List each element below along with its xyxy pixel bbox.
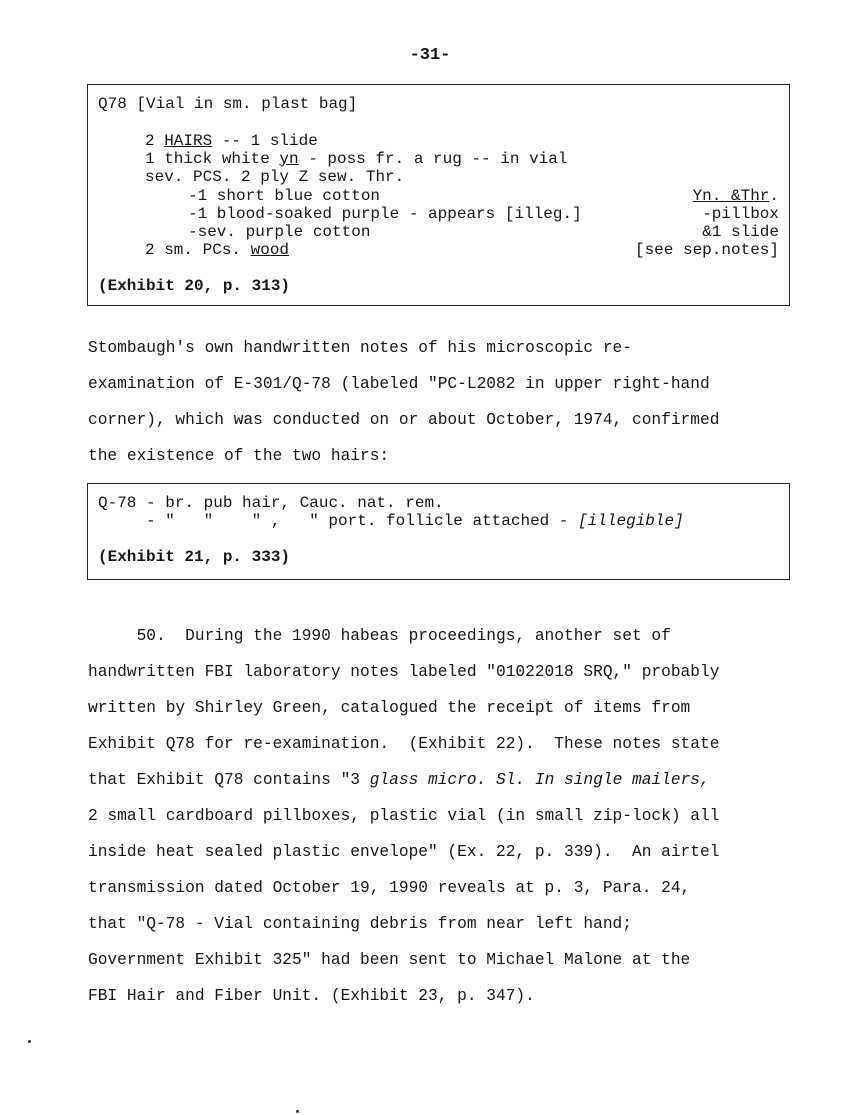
text-line: corner), which was conducted on or about…: [88, 411, 798, 429]
box-line: -1 blood-soaked purple - appears [illeg.…: [188, 205, 582, 224]
scan-speck: [28, 1040, 31, 1043]
box-line: - " " " , " port. follicle attached - [i…: [98, 512, 684, 531]
box-header: Q78 [Vial in sm. plast bag]: [98, 95, 357, 114]
scan-speck: [296, 1110, 299, 1113]
text-line: Exhibit Q78 for re-examination. (Exhibit…: [88, 735, 798, 753]
text-line: inside heat sealed plastic envelope" (Ex…: [88, 843, 798, 861]
box-right-note: Yn. &Thr.: [693, 187, 779, 206]
box-line: -1 short blue cotton: [188, 187, 380, 206]
text-line: FBI Hair and Fiber Unit. (Exhibit 23, p.…: [88, 987, 798, 1005]
box-line: 2 sm. PCs. wood: [145, 241, 289, 260]
exhibit-citation: (Exhibit 20, p. 313): [98, 277, 290, 296]
box-line: sev. PCS. 2 ply Z sew. Thr.: [145, 168, 404, 187]
exhibit-citation: (Exhibit 21, p. 333): [98, 548, 290, 567]
box-right-note: [see sep.notes]: [635, 241, 779, 260]
box-line: 2 HAIRS -- 1 slide: [145, 132, 318, 151]
text-line: Stombaugh's own handwritten notes of his…: [88, 339, 798, 357]
text-line: that Exhibit Q78 contains "3 glass micro…: [88, 771, 798, 789]
box-line: 1 thick white yn - poss fr. a rug -- in …: [145, 150, 567, 169]
text-line: 50. During the 1990 habeas proceedings, …: [88, 627, 798, 645]
box-right-note: -pillbox: [702, 205, 779, 224]
quoted-notes-box-exhibit-20: Q78 [Vial in sm. plast bag] 2 HAIRS -- 1…: [87, 84, 790, 306]
text-line: handwritten FBI laboratory notes labeled…: [88, 663, 798, 681]
text-line: written by Shirley Green, catalogued the…: [88, 699, 798, 717]
page-number: -31-: [0, 46, 860, 65]
text-line: Government Exhibit 325" had been sent to…: [88, 951, 798, 969]
text-line: examination of E-301/Q-78 (labeled "PC-L…: [88, 375, 798, 393]
box-line: -sev. purple cotton: [188, 223, 370, 242]
box-line: Q-78 - br. pub hair, Cauc. nat. rem.: [98, 494, 444, 513]
quoted-notes-box-exhibit-21: Q-78 - br. pub hair, Cauc. nat. rem. - "…: [87, 483, 790, 580]
box-right-note: &1 slide: [702, 223, 779, 242]
text-line: transmission dated October 19, 1990 reve…: [88, 879, 798, 897]
text-line: that "Q-78 - Vial containing debris from…: [88, 915, 798, 933]
text-line: 2 small cardboard pillboxes, plastic via…: [88, 807, 798, 825]
text-line: the existence of the two hairs:: [88, 447, 798, 465]
